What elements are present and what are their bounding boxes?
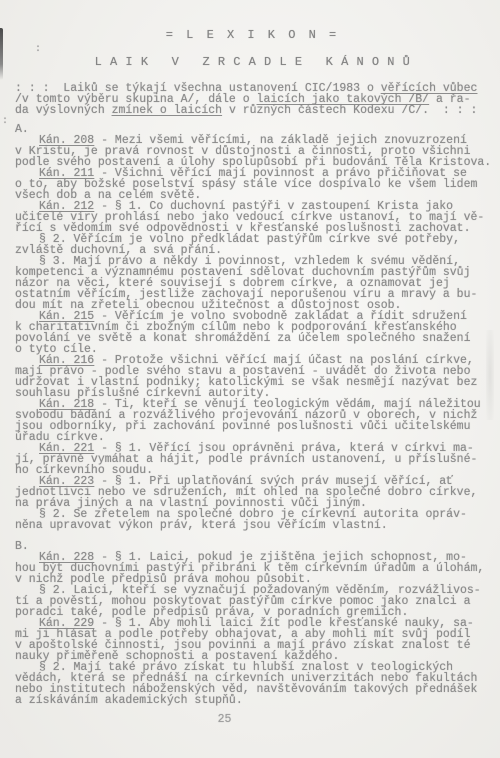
scan-smudge-artifact: [486, 330, 494, 420]
paragraph-kan-215: Kán. 215 - Věřícím je volno svobodně zak…: [15, 311, 490, 355]
paragraph-kan-212: Kán. 212 - § 1. Co duchovní pastýři v za…: [15, 201, 490, 234]
intro-underlined-phrase: zmínek o laicích: [112, 104, 222, 117]
paragraph-kan-221: Kán. 221 - § 1. Věřící jsou oprávněni pr…: [15, 443, 490, 476]
paragraph-text: § 2. Laici, kteří se vyznačují požadovan…: [15, 584, 481, 619]
paragraph-text: § 2. Se zřetelem na společné dobro je cí…: [15, 508, 467, 532]
paragraph-kan-229: Kán. 229 - § 1. Aby mohli laici žít podl…: [15, 618, 490, 662]
document-title: = L E X I K O N =: [15, 30, 490, 41]
scan-speck-artifact: :: [35, 44, 41, 55]
scanned-document-page: : : = L E X I K O N = L A I K V Z R C A …: [0, 0, 500, 758]
paragraph-kan-228-s2: § 2. Laici, kteří se vyznačují požadovan…: [15, 585, 490, 618]
paragraph-text: § 2. Mají také právo získat tu hlubší zn…: [15, 661, 477, 707]
paragraph-kan-211: Kán. 211 - Všichni věřící mají povinnost…: [15, 168, 490, 201]
document-subtitle: L A I K V Z R C A D L E K Á N O N Ů: [15, 57, 490, 68]
paragraph-kan-212-s2: § 2. Věřícím je volno předkládat pastýřů…: [15, 234, 490, 256]
page-number: 25: [0, 714, 462, 725]
paragraph-kan-208: Kán. 208 - Mezi všemi věřícími, na zákla…: [15, 135, 490, 168]
paragraph-kan-212-s3: § 3. Mají právo a někdy i povinnost, vzh…: [15, 256, 490, 311]
paragraph-kan-223: Kán. 223 - § 1. Při uplatňování svých pr…: [15, 476, 490, 509]
scan-speck-artifact: :: [2, 116, 8, 127]
scan-edge-artifact: [0, 28, 3, 80]
paragraph-text: § 2. Věřícím je volno předkládat pastýřů…: [15, 233, 460, 257]
paragraph-kan-223-s2: § 2. Se zřetelem na společné dobro je cí…: [15, 509, 490, 531]
intro-text: v různých částech Kodexu /C/. : : :: [222, 104, 477, 117]
paragraph-kan-229-s2: § 2. Mají také právo získat tu hlubší zn…: [15, 662, 490, 706]
paragraph-kan-216: Kán. 216 - Protože všichni věřící mají ú…: [15, 355, 490, 399]
paragraph-text: § 3. Mají právo a někdy i povinnost, vzh…: [15, 255, 477, 312]
paragraph-kan-218: Kán. 218 - Ti, kteří se věnují teologick…: [15, 399, 490, 443]
paragraph-kan-228: Kán. 228 - § 1. Laici, pokud je zjištěna…: [15, 552, 490, 585]
intro-paragraph: : : : Laiků se týkají všechna ustanovení…: [15, 83, 490, 116]
